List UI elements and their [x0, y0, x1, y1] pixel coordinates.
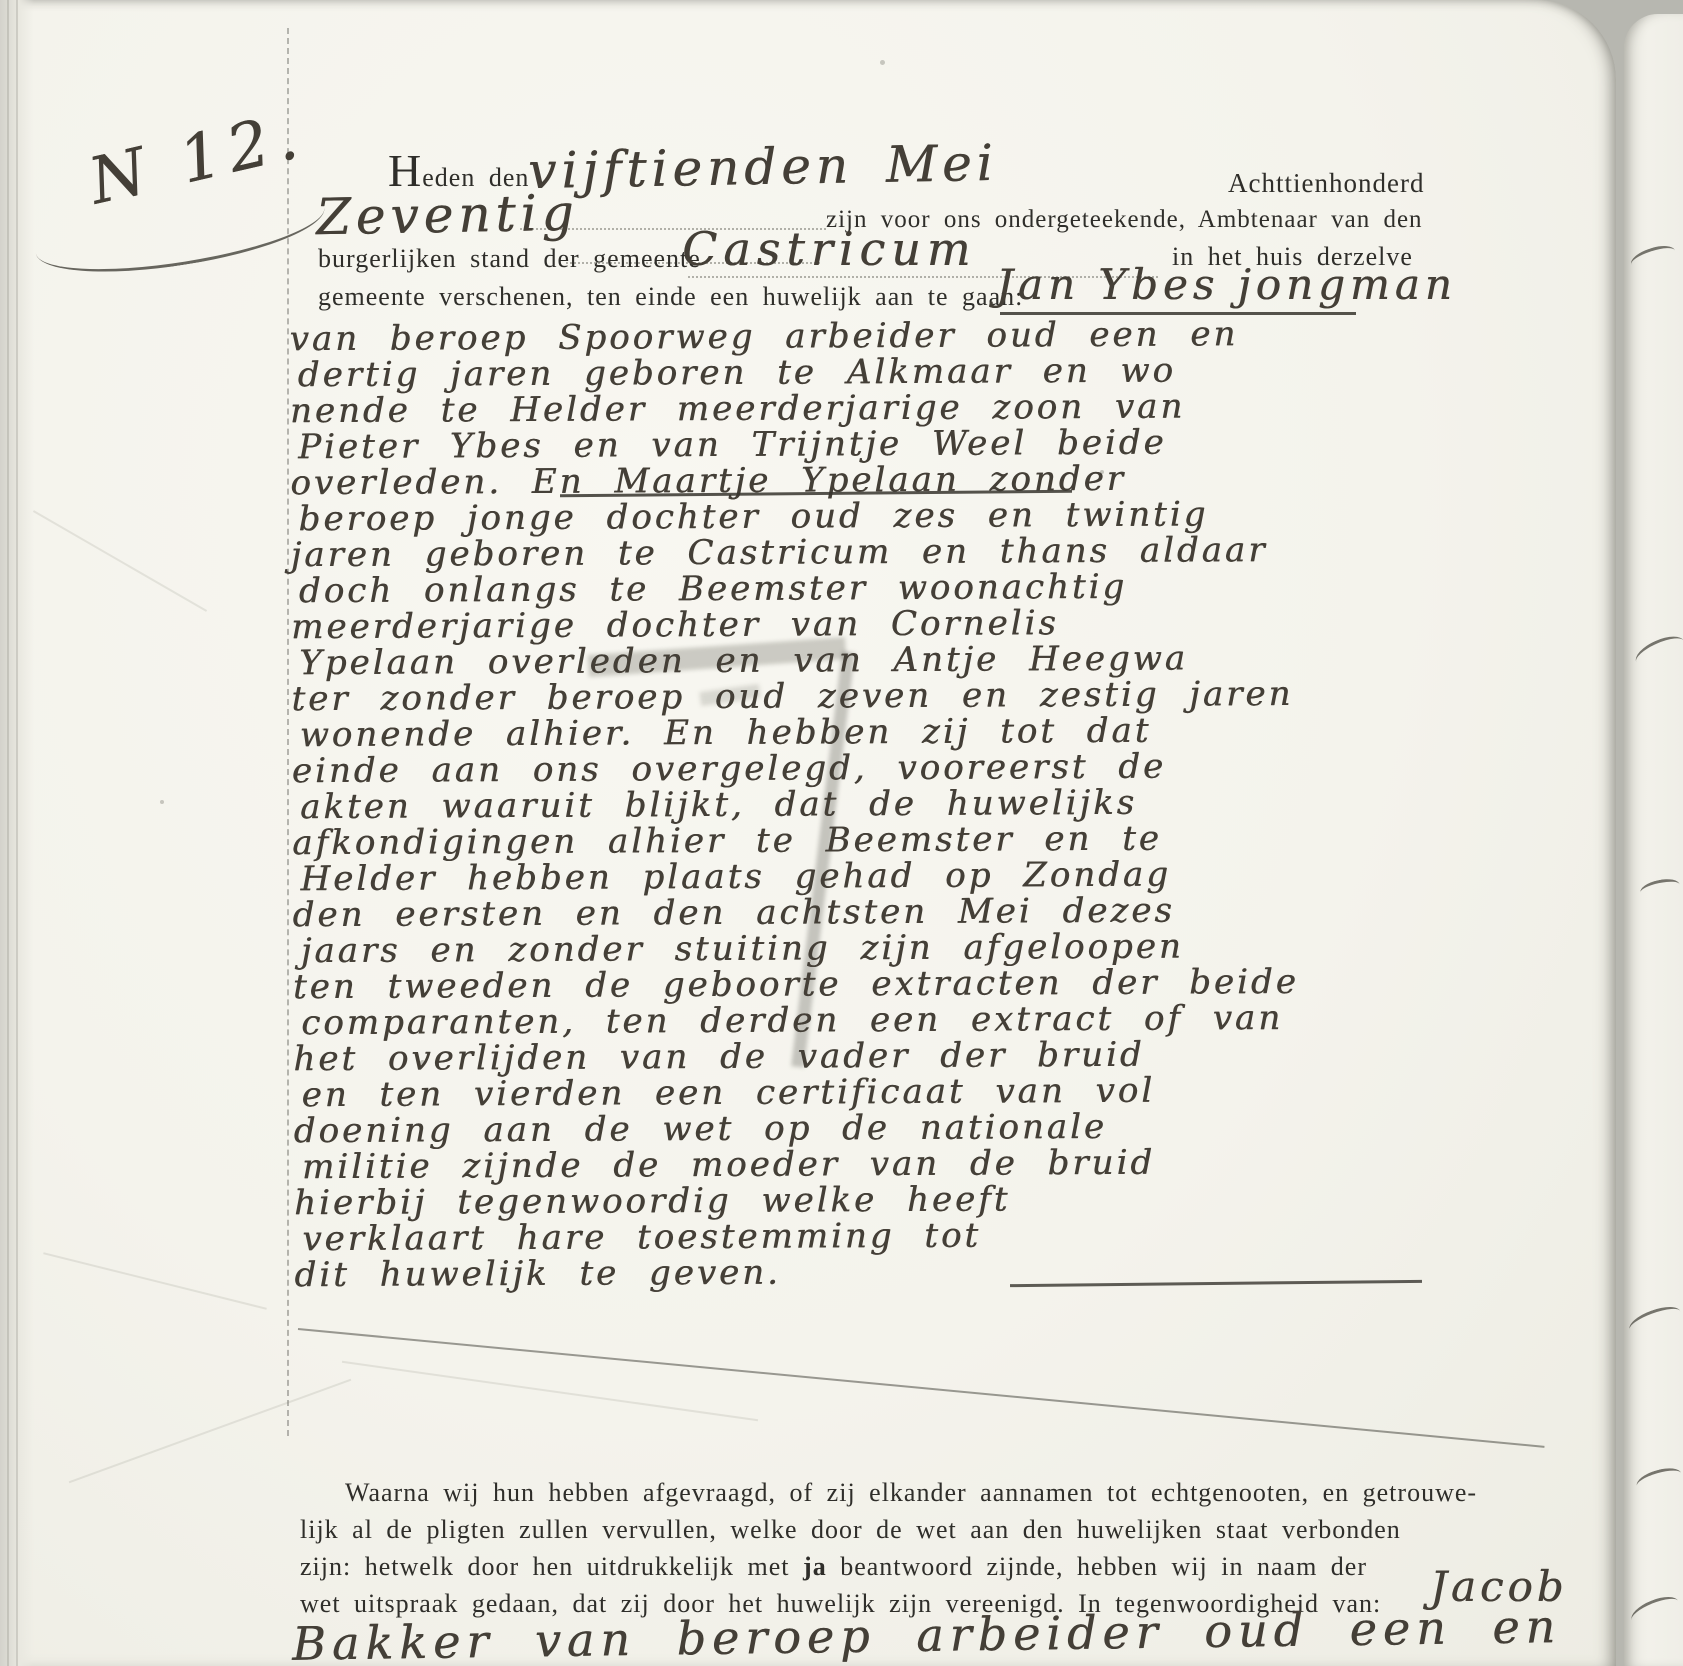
ink-speck: [160, 800, 164, 804]
ink-speck: [880, 60, 885, 65]
scanned-marriage-record: N 12. Heden den vijftienden Mei Achttien…: [0, 0, 1683, 1666]
handwritten-year: Zeventig: [316, 184, 579, 247]
closing-line3-post: beantwoord zijnde, hebben wij in naam de…: [827, 1552, 1367, 1581]
handwritten-date: vijftienden Mei: [528, 134, 999, 200]
left-edge-hairline: [16, 0, 18, 1666]
printed-header-line3a: burgerlijken stand der gemeente: [318, 244, 701, 274]
printed-closing-line3: zijn: hetwelk door hen uitdrukkelijk met…: [300, 1552, 1367, 1582]
handwritten-groom-name: Jan Ybes jongman: [996, 260, 1457, 309]
handwritten-line: dit huwelijk te geven.: [294, 1251, 1534, 1293]
printed-achttienhonderd: Achttienhonderd: [1228, 168, 1424, 199]
closing-line3-ja: ja: [803, 1552, 827, 1581]
closing-line3-pre: zijn: hetwelk door hen uitdrukkelijk met: [300, 1552, 803, 1581]
handwritten-body: van beroep Spoorweg arbeider oud een end…: [289, 315, 1534, 1293]
printed-header-line4: gemeente verschenen, ten einde een huwel…: [318, 282, 1023, 312]
margin-rule: [287, 28, 289, 1436]
printed-closing-line1: Waarna wij hun hebben afgevraagd, of zij…: [345, 1478, 1477, 1508]
handwritten-gemeente: Castricum: [682, 222, 976, 276]
left-edge-hairline: [7, 0, 9, 1666]
printed-closing-line2: lijk al de pligten zullen vervullen, wel…: [300, 1515, 1401, 1545]
